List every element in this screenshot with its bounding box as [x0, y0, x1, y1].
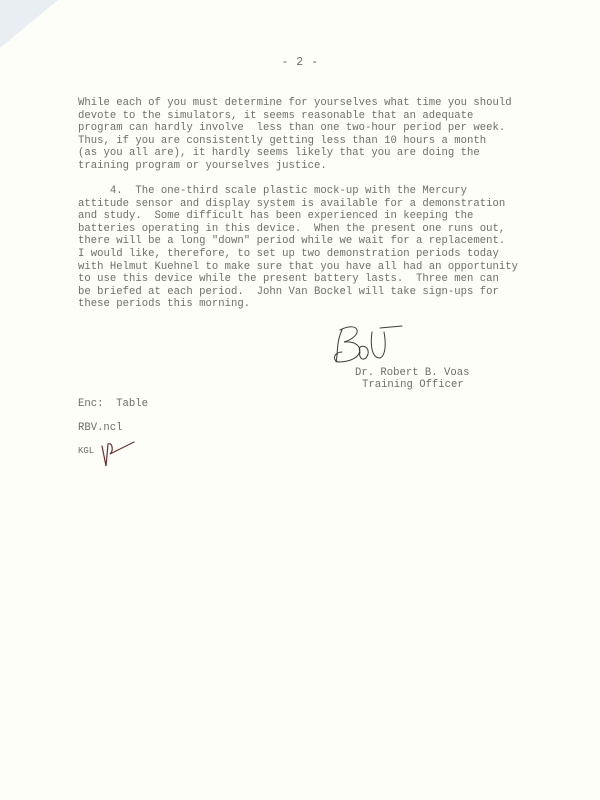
signer-name: Dr. Robert B. Voas [355, 367, 469, 379]
paragraph-simulators: While each of you must determine for you… [78, 97, 548, 173]
text-line: these periods this morning. [78, 298, 548, 311]
text-line: (as you all are), it hardly seems likely… [78, 147, 548, 160]
text-line: While each of you must determine for you… [78, 97, 548, 110]
text-line: batteries operating in this device. When… [78, 223, 548, 236]
check-mark-initial [100, 440, 140, 468]
reference-initials: RBV.ncl [78, 422, 123, 434]
text-line: with Helmut Kuehnel to make sure that yo… [78, 261, 548, 274]
routing-initials: KGL [78, 446, 94, 456]
enclosure-line: Enc: Table [78, 398, 148, 410]
text-line: devote to the simulators, it seems reaso… [78, 110, 548, 123]
paragraph-mockup: 4. The one-third scale plastic mock-up w… [78, 185, 548, 311]
document-page: - 2 - While each of you must determine f… [0, 0, 600, 800]
signer-title: Training Officer [362, 379, 464, 391]
folded-corner [0, 0, 60, 50]
text-line: Thus, if you are consistently getting le… [78, 135, 548, 148]
text-line: to use this device while the present bat… [78, 273, 548, 286]
text-line: there will be a long "down" period while… [78, 235, 548, 248]
text-line: be briefed at each period. John Van Bock… [78, 286, 548, 299]
handwritten-signature [330, 322, 410, 366]
text-line: attitude sensor and display system is av… [78, 198, 548, 211]
text-line: I would like, therefore, to set up two d… [78, 248, 548, 261]
text-line: and study. Some difficult has been exper… [78, 210, 548, 223]
text-line: program can hardly involve less than one… [78, 122, 548, 135]
text-line: training program or yourselves justice. [78, 160, 548, 173]
page-number: - 2 - [0, 56, 600, 69]
text-line: 4. The one-third scale plastic mock-up w… [78, 185, 548, 198]
